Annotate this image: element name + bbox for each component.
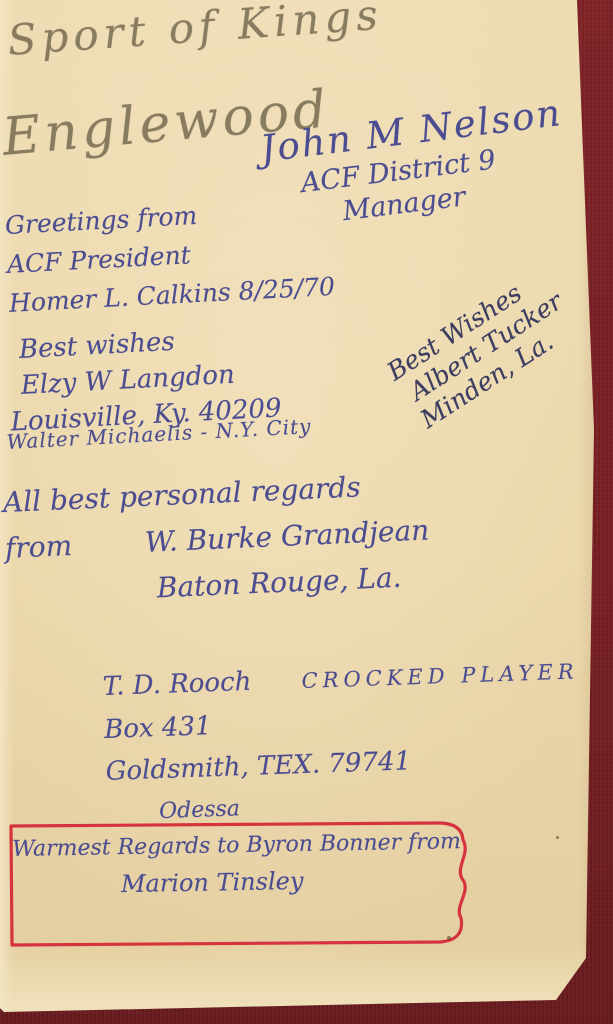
- paper-speck: [447, 936, 451, 940]
- inscription-calkins: Greetings from ACF President Homer L. Ca…: [4, 189, 336, 323]
- endpaper-page: Sport of Kings Englewood John M Nelson A…: [0, 0, 613, 1024]
- inscription-tucker: Best Wishes Albert Tucker Minden, La.: [382, 262, 583, 435]
- grandjean-from: from: [4, 523, 73, 572]
- inscription-grandjean: All best personal regards from W. Burke …: [2, 461, 432, 617]
- rooch-signature: T. D. Rooch: [102, 667, 252, 702]
- tinsley-signature: Marion Tinsley: [121, 860, 462, 902]
- inscription-rooch: T. D. Rooch CROCKED PLAYER Box 431 Golds…: [102, 649, 584, 835]
- penciled-book-title: Sport of Kings: [6, 0, 384, 65]
- inscription-tinsley: Warmest Regards to Byron Bonner from Mar…: [12, 824, 462, 904]
- paper-speck: [556, 836, 559, 839]
- scanned-book-endpaper: { "header": { "penciled_title": "Sport o…: [0, 0, 613, 1024]
